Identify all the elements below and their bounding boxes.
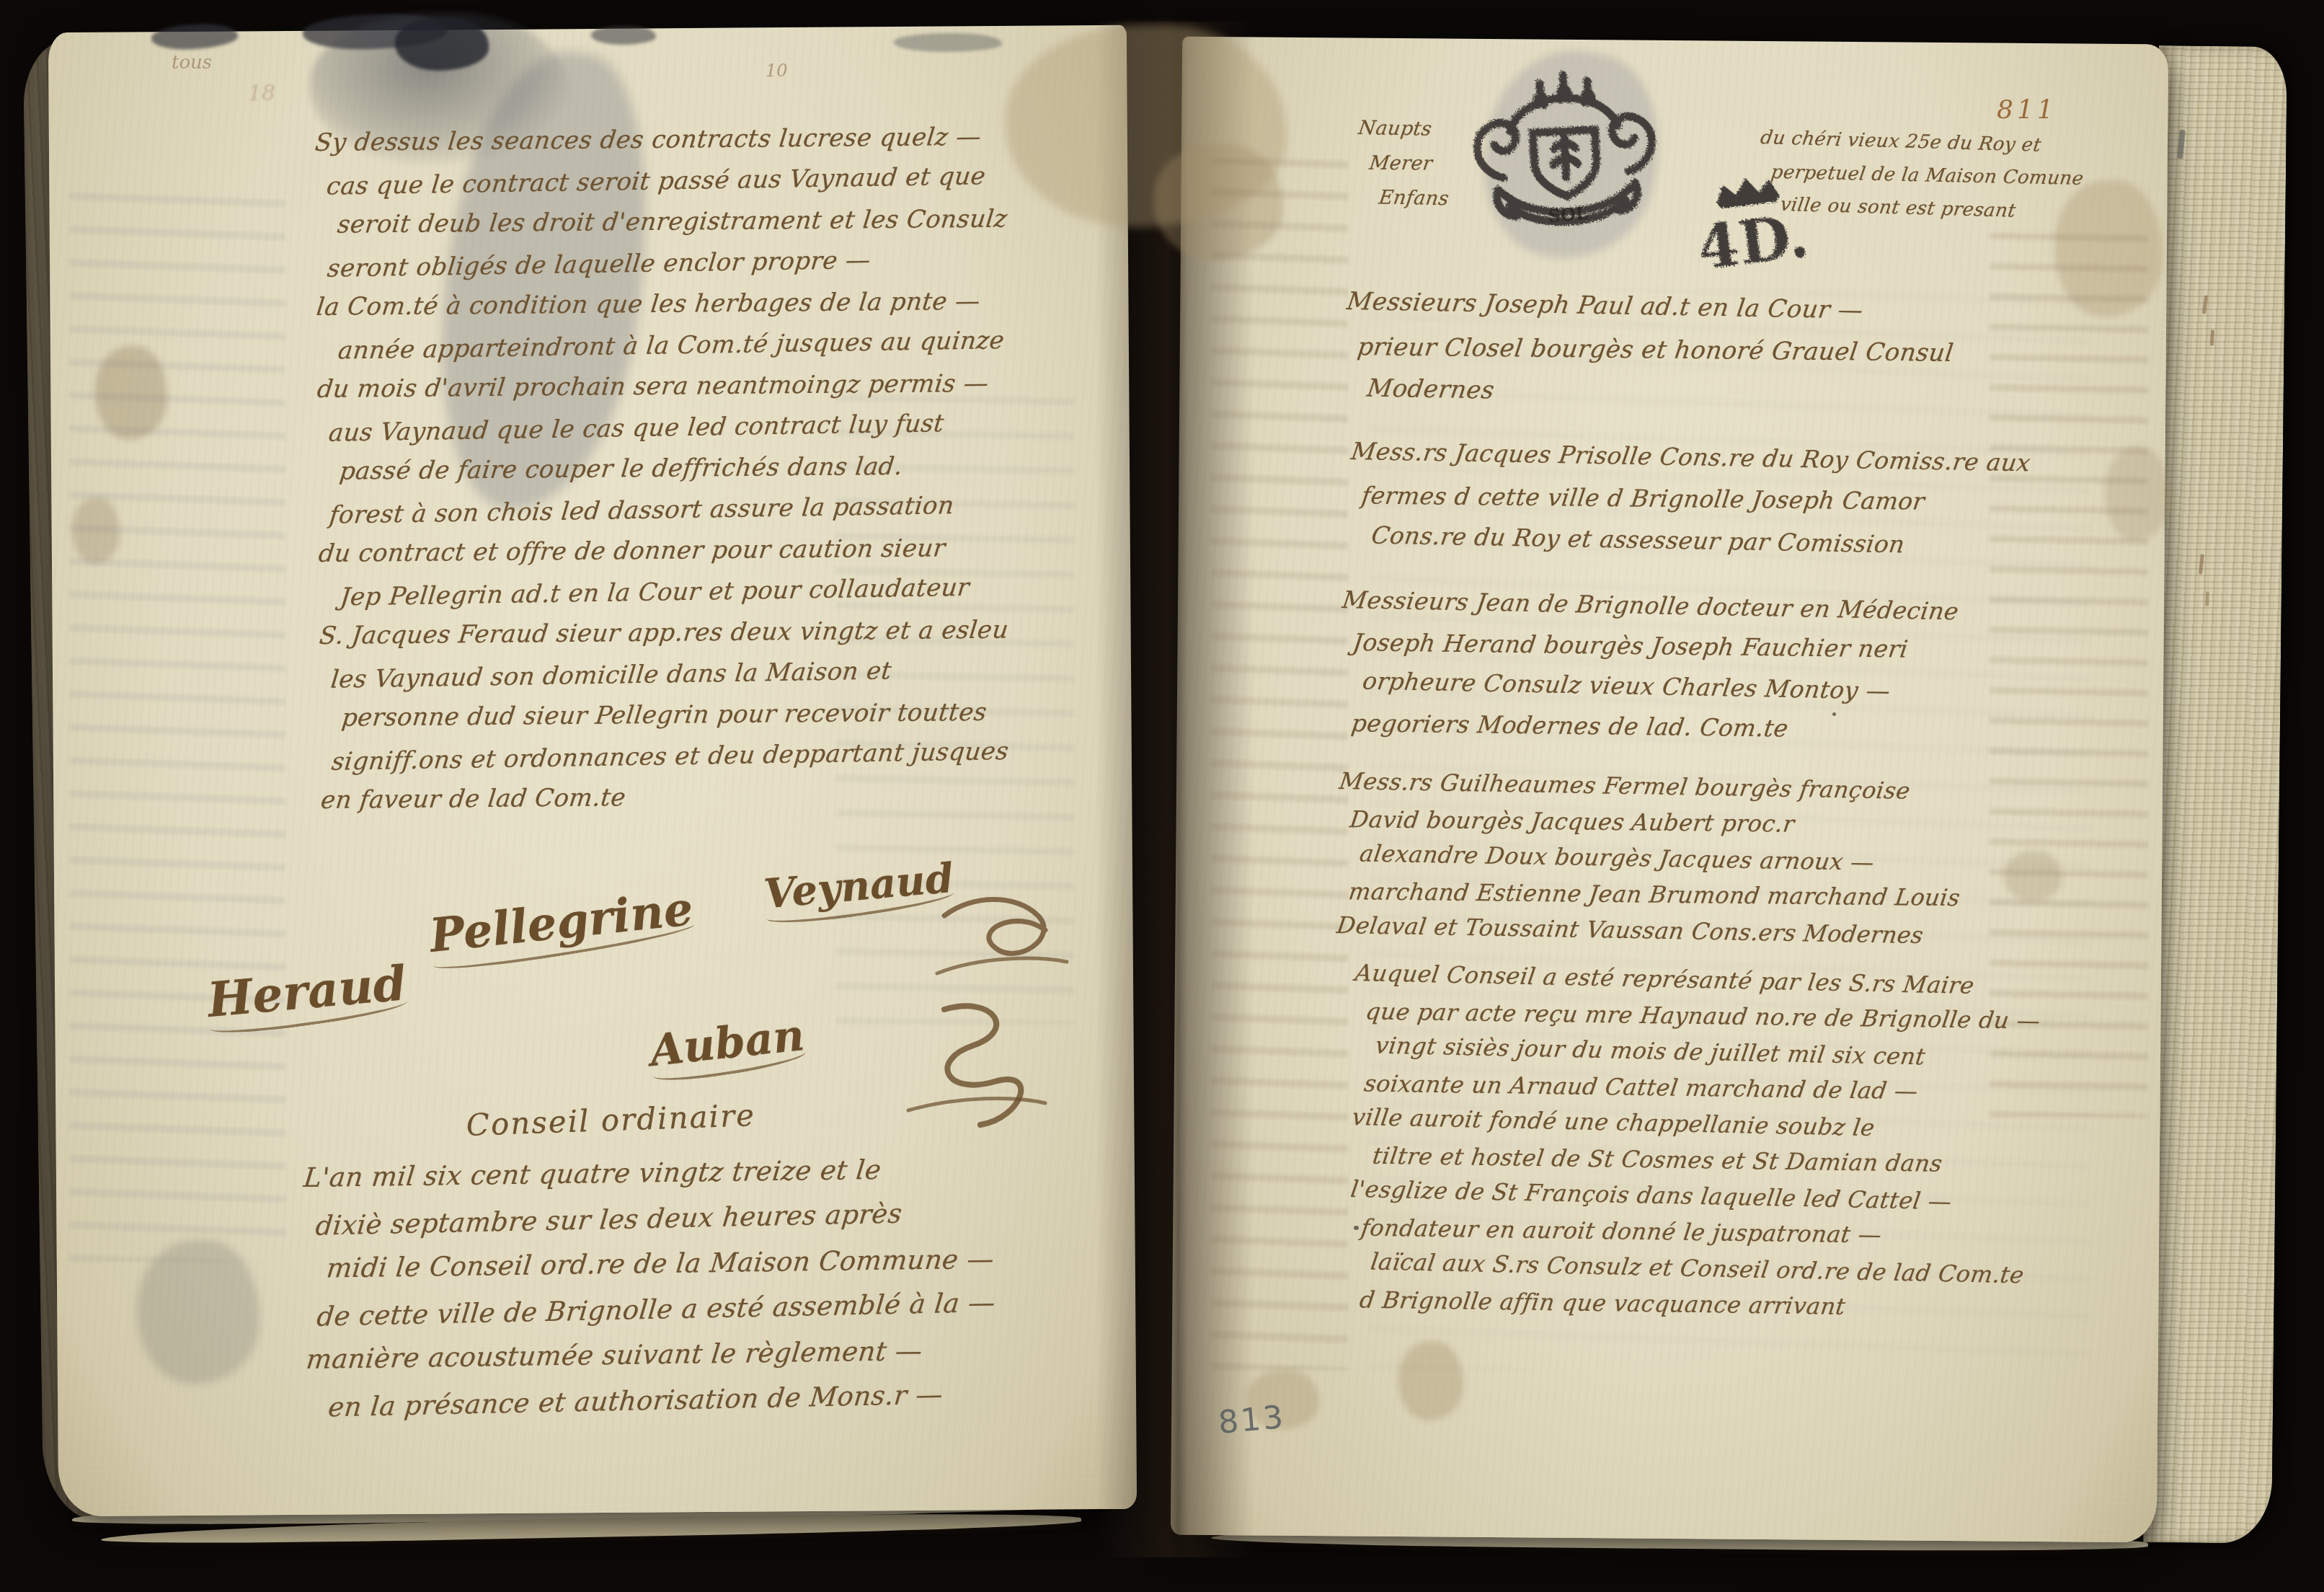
right-margin-note: Naupts Merer Enfans xyxy=(1356,117,1449,222)
ghost-folio-number: 18 xyxy=(248,81,275,106)
left-paragraph-2: L'an mil six cent quatre vingtz treize e… xyxy=(303,1151,1121,1435)
right-block-2: Mess.rs Jacques Prisolle Cons.re du Roy … xyxy=(1349,437,2030,574)
manuscript-line: Naupts xyxy=(1355,117,1452,153)
fiscal-stamp-icon: SOL xyxy=(1448,53,1681,252)
pencil-folio-number: 813 xyxy=(1217,1399,1287,1441)
manuscript-line: pegoriers Modernes de lad. Com.te xyxy=(1348,709,1959,756)
right-header-block: du chéri vieux 25e du Roy et perpetuel d… xyxy=(1757,127,2084,235)
header-fragment: 10 xyxy=(766,61,788,81)
right-block-3: Messieurs Jean de Brignolle docteur en M… xyxy=(1339,585,1959,759)
header-fragment: tous xyxy=(172,52,212,74)
signature-flourish xyxy=(930,887,1074,988)
stamp-denomination-text: 4D. xyxy=(1694,201,1812,283)
stamp-banner-text: SOL xyxy=(1547,203,1589,227)
left-paragraph-1: Sy dessus les seances des contracts lucr… xyxy=(314,121,1135,827)
right-block-5: Auquel Conseil a esté représanté par les… xyxy=(1348,959,2041,1334)
manuscript-line: Enfans xyxy=(1376,187,1451,223)
fore-edge-ink-mark xyxy=(2205,591,2209,606)
manuscript-photo: { "document": { "kind": "manuscript-regi… xyxy=(0,0,2324,1592)
right-block-4: Mess.rs Guilheaumes Fermel bourgès franç… xyxy=(1336,767,1961,958)
signature-flourish xyxy=(901,995,1052,1139)
manuscript-line: Merer xyxy=(1366,152,1450,187)
manuscript-line: en faveur de lad Com.te xyxy=(318,779,1137,827)
folio-number: 811 xyxy=(1997,95,2057,125)
right-block-1: Messieurs Joseph Paul ad.t en la Cour — … xyxy=(1344,287,1953,428)
stamp-denomination-4d-icon: 4D. xyxy=(1692,165,1813,293)
